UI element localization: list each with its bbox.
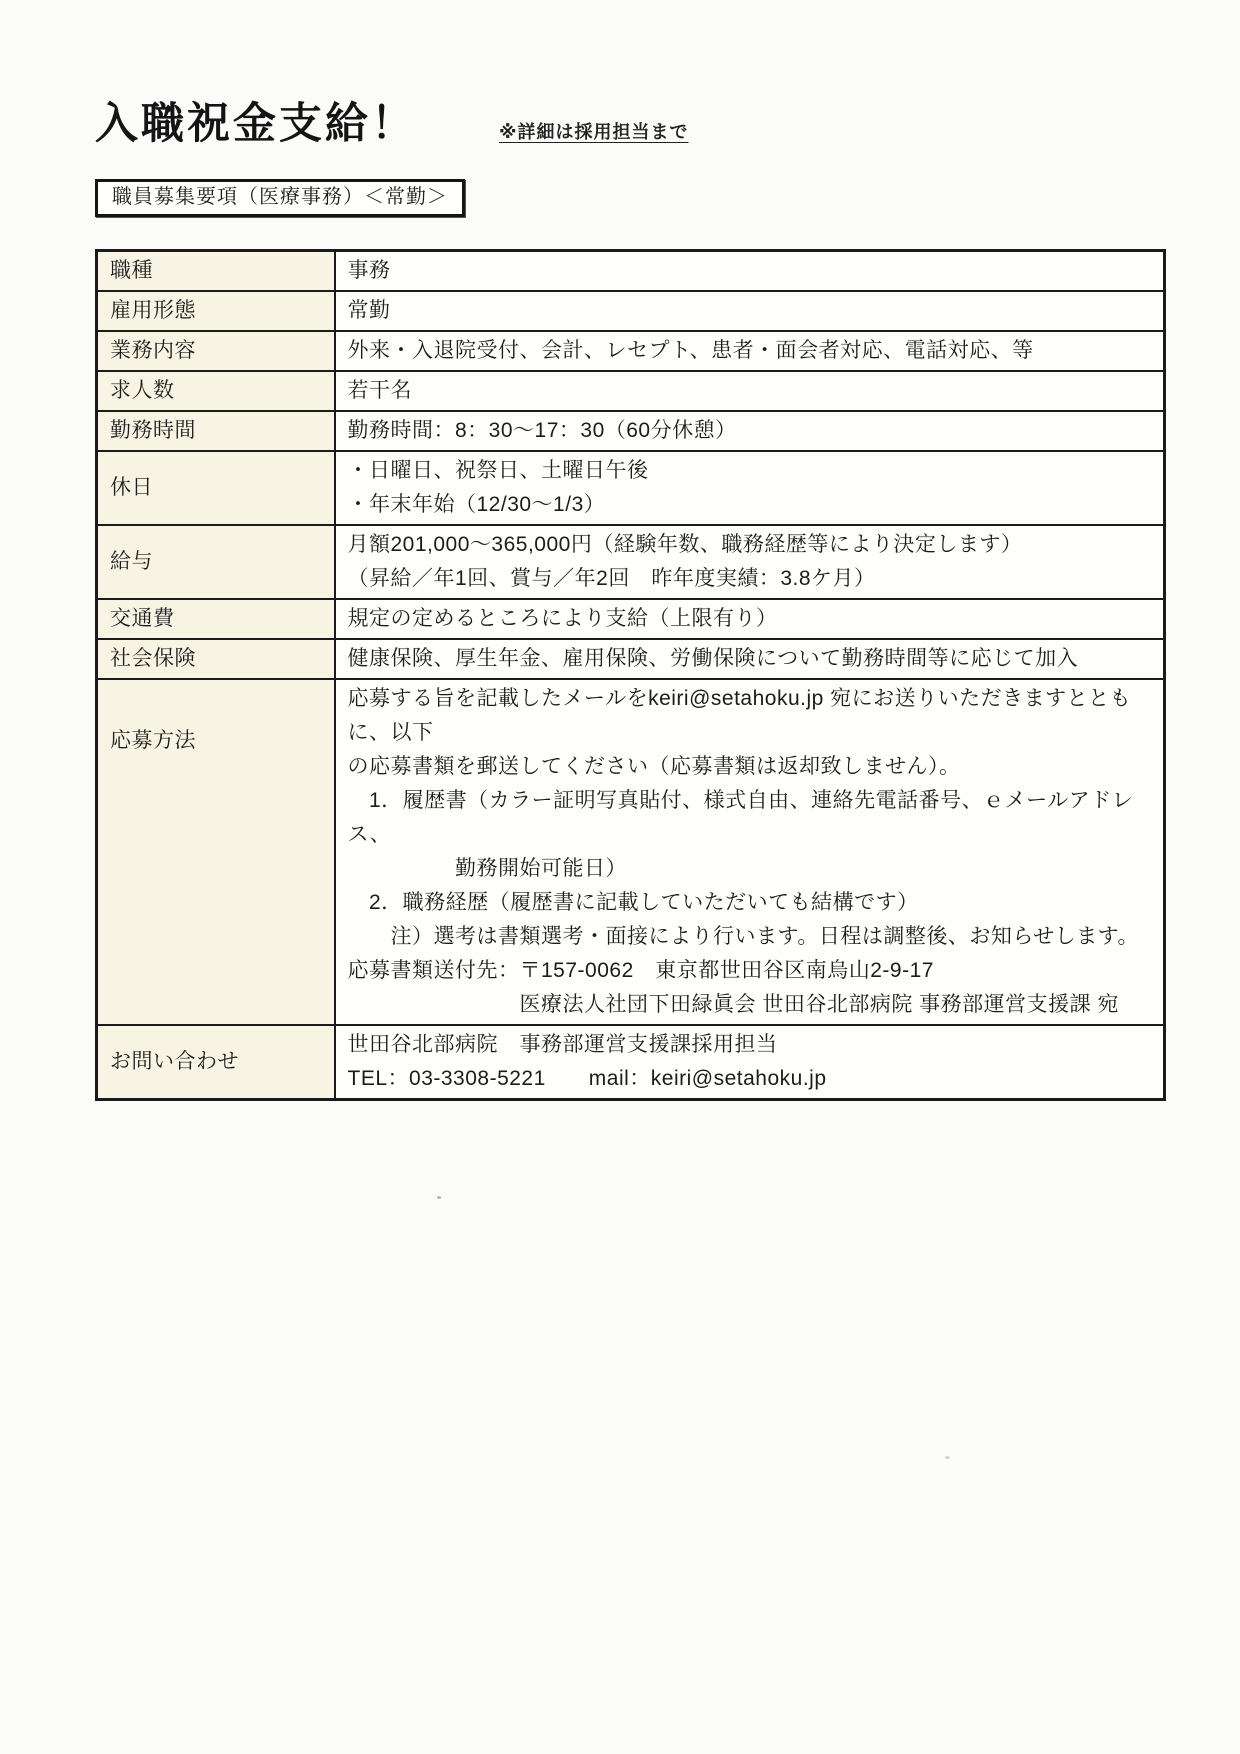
table-row: 勤務時間勤務時間：8：30～17：30（60分休憩） <box>97 411 1165 451</box>
value-line: （昇給／年1回、賞与／年2回 昨年度実績：3.8ケ月） <box>348 562 1152 596</box>
row-value: 健康保険、厚生年金、雇用保険、労働保険について勤務時間等に応じて加入 <box>335 639 1165 679</box>
table-row: 給与月額201,000～365,000円（経験年数、職務経歴等により決定します）… <box>97 525 1165 599</box>
row-value: 月額201,000～365,000円（経験年数、職務経歴等により決定します）（昇… <box>335 525 1165 599</box>
row-value: 若干名 <box>335 371 1165 411</box>
value-line: 医療法人社団下田緑眞会 世田谷北部病院 事務部運営支援課 宛 <box>348 988 1152 1022</box>
row-label: 職種 <box>97 251 335 292</box>
table-row: 求人数若干名 <box>97 371 1165 411</box>
table-row: お問い合わせ世田谷北部病院 事務部運営支援課採用担当TEL：03-3308-52… <box>97 1025 1165 1100</box>
section-header-label: 職員募集要項（医療事務）＜常勤＞ <box>112 186 448 208</box>
value-line: 1．履歴書（カラー証明写真貼付、様式自由、連絡先電話番号、ｅメールアドレス、 <box>348 784 1152 852</box>
value-line: 応募する旨を記載したメールをkeiri@setahoku.jp 宛にお送りいただ… <box>348 682 1152 750</box>
row-label: 社会保険 <box>97 639 335 679</box>
value-line: 事務 <box>348 254 1152 288</box>
document-page: 入職祝金支給！ ※詳細は採用担当まで 職員募集要項（医療事務）＜常勤＞ 職種事務… <box>0 0 1240 1754</box>
value-line: TEL：03-3308-5221 mail：keiri@setahoku.jp <box>348 1062 1152 1096</box>
section-header-box: 職員募集要項（医療事務）＜常勤＞ <box>95 179 465 217</box>
value-line: ・日曜日、祝祭日、土曜日午後 <box>348 454 1152 488</box>
value-line: 健康保険、厚生年金、雇用保険、労働保険について勤務時間等に応じて加入 <box>348 642 1152 676</box>
row-label: 交通費 <box>97 599 335 639</box>
job-table-body: 職種事務雇用形態常勤業務内容外来・入退院受付、会計、レセプト、患者・面会者対応、… <box>97 251 1165 1100</box>
details-note: ※詳細は採用担当まで <box>499 118 689 144</box>
row-value: 事務 <box>335 251 1165 292</box>
value-line: 外来・入退院受付、会計、レセプト、患者・面会者対応、電話対応、等 <box>348 334 1152 368</box>
row-value: 常勤 <box>335 291 1165 331</box>
row-label: 業務内容 <box>97 331 335 371</box>
row-label: お問い合わせ <box>97 1025 335 1100</box>
value-line: 月額201,000～365,000円（経験年数、職務経歴等により決定します） <box>348 528 1152 562</box>
value-line: の応募書類を郵送してください（応募書類は返却致しません）。 <box>348 750 1152 784</box>
row-value: 外来・入退院受付、会計、レセプト、患者・面会者対応、電話対応、等 <box>335 331 1165 371</box>
row-value: 世田谷北部病院 事務部運営支援課採用担当TEL：03-3308-5221 mai… <box>335 1025 1165 1100</box>
row-value: 勤務時間：8：30～17：30（60分休憩） <box>335 411 1165 451</box>
row-label: 応募方法 <box>97 679 335 1025</box>
value-line: 常勤 <box>348 294 1152 328</box>
row-label: 給与 <box>97 525 335 599</box>
row-label: 雇用形態 <box>97 291 335 331</box>
page-title: 入職祝金支給！ <box>95 100 417 149</box>
scan-speck <box>437 1196 441 1199</box>
row-label: 休日 <box>97 451 335 525</box>
row-value: ・日曜日、祝祭日、土曜日午後・年末年始（12/30～1/3） <box>335 451 1165 525</box>
value-line: 2．職務経歴（履歴書に記載していただいても結構です） <box>348 886 1152 920</box>
value-line: 規定の定めるところにより支給（上限有り） <box>348 602 1152 636</box>
table-row: 業務内容外来・入退院受付、会計、レセプト、患者・面会者対応、電話対応、等 <box>97 331 1165 371</box>
value-line: ・年末年始（12/30～1/3） <box>348 488 1152 522</box>
row-value: 応募する旨を記載したメールをkeiri@setahoku.jp 宛にお送りいただ… <box>335 679 1165 1025</box>
value-line: 勤務開始可能日） <box>348 852 1152 886</box>
scan-speck <box>945 1456 950 1459</box>
value-line: 注）選考は書類選考・面接により行います。日程は調整後、お知らせします。 <box>348 920 1152 954</box>
row-label: 求人数 <box>97 371 335 411</box>
table-row: 交通費規定の定めるところにより支給（上限有り） <box>97 599 1165 639</box>
table-row: 休日・日曜日、祝祭日、土曜日午後・年末年始（12/30～1/3） <box>97 451 1165 525</box>
row-value: 規定の定めるところにより支給（上限有り） <box>335 599 1165 639</box>
value-line: 勤務時間：8：30～17：30（60分休憩） <box>348 414 1152 448</box>
value-line: 若干名 <box>348 374 1152 408</box>
value-line: 世田谷北部病院 事務部運営支援課採用担当 <box>348 1028 1152 1062</box>
job-details-table: 職種事務雇用形態常勤業務内容外来・入退院受付、会計、レセプト、患者・面会者対応、… <box>95 249 1166 1101</box>
table-row: 職種事務 <box>97 251 1165 292</box>
table-row: 応募方法応募する旨を記載したメールをkeiri@setahoku.jp 宛にお送… <box>97 679 1165 1025</box>
table-row: 社会保険健康保険、厚生年金、雇用保険、労働保険について勤務時間等に応じて加入 <box>97 639 1165 679</box>
table-row: 雇用形態常勤 <box>97 291 1165 331</box>
header-row: 入職祝金支給！ ※詳細は採用担当まで <box>95 100 1166 149</box>
value-line: 応募書類送付先：〒157-0062 東京都世田谷区南烏山2-9-17 <box>348 954 1152 988</box>
row-label: 勤務時間 <box>97 411 335 451</box>
